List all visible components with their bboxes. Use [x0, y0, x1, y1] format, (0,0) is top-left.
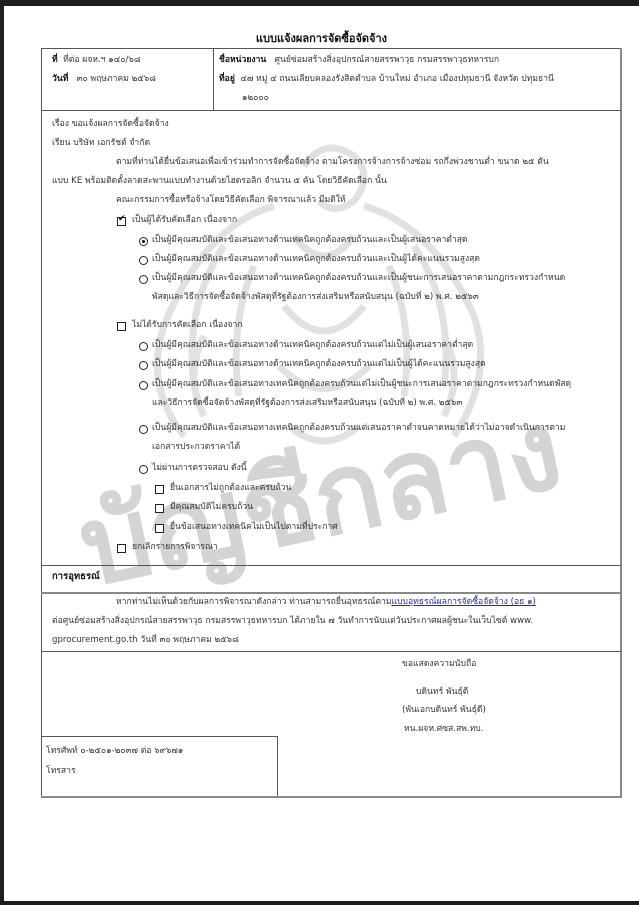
date-value: ๓๐ พฤษภาคม ๒๕๖๘ — [77, 74, 156, 84]
sub-option-3-text: ยื่นข้อเสนอทางเทคนิคไม่เป็นไปตามที่ประกา… — [170, 521, 338, 533]
signature-position: หน.ผจห.ศซส.สพ.ทบ. — [404, 723, 484, 735]
subject: เรื่อง ขอแจ้งผลการจัดซื้อจัดจ้าง — [52, 118, 169, 130]
body-line-2: แบบ KE พร้อมติดตั้งลาดสะพานแบบทำงานด้วยไ… — [52, 175, 387, 187]
address-line2: ๑๒๐๐๐ — [242, 92, 269, 104]
selected-checkbox[interactable] — [117, 217, 126, 226]
not-selected-option-1-text: เป็นผู้มีคุณสมบัติและข้อเสนอทางด้านเทคนิ… — [152, 339, 473, 351]
not-selected-option-4-text-cont: เอกสารประกวดราคาได้ — [152, 441, 240, 453]
not-selected-option-3-text: เป็นผู้มีคุณสมบัติและข้อเสนอทางเทคนิคถูก… — [152, 378, 571, 390]
sub-option-1-checkbox[interactable] — [155, 485, 164, 494]
signature-full-name: (พันเอกบดินทร์ พันธุ์ดี) — [402, 704, 486, 716]
not-selected-label: ไม่ได้รับการคัดเลือก เนื่องจาก — [132, 319, 242, 331]
document-page: บัญชีกลาง แบบแจ้งผลการจัดซื้อจัดจ้าง ที่… — [4, 6, 639, 901]
divider — [620, 48, 622, 798]
agency-value: ศูนย์ซ่อมสร้างสิ่งอุปกรณ์สายสรรพาวุธ กรม… — [275, 55, 500, 65]
not-selected-checkbox[interactable] — [117, 322, 126, 331]
not-selected-option-1-radio[interactable] — [139, 342, 148, 351]
divider — [41, 48, 42, 798]
cancel-checkbox[interactable] — [117, 544, 126, 553]
sub-option-3-checkbox[interactable] — [155, 524, 164, 533]
selected-option-1-text: เป็นผู้มีคุณสมบัติและข้อเสนอทางด้านเทคนิ… — [152, 234, 468, 246]
date-label: วันที่ — [52, 74, 68, 84]
selected-option-3-radio[interactable] — [139, 275, 148, 284]
selected-option-3-text-cont: พัสดุและวิธีการจัดซื้อจัดจ้างพัสดุที่รัฐ… — [152, 291, 479, 303]
body-line-3: คณะกรรมการซื้อหรือจ้างโดยวิธีคัดเลือก พิ… — [116, 194, 346, 206]
signature-closing: ขอแสดงความนับถือ — [402, 658, 476, 670]
sub-option-2-text: มีคุณสมบัติไม่ครบถ้วน — [170, 501, 253, 513]
selected-label: เป็นผู้ได้รับคัดเลือก เนื่องจาก — [132, 214, 237, 226]
contact-fax: โทรสาร — [46, 765, 76, 777]
appeal-heading: การอุทธรณ์ — [52, 571, 100, 583]
selected-option-1-radio[interactable] — [139, 237, 148, 246]
appeal-line-2: ต่อศูนย์ซ่อมสร้างสิ่งอุปกรณ์สายสรรพาวุธ … — [52, 615, 533, 627]
address-label: ที่อยู่ — [219, 74, 235, 84]
divider — [277, 736, 278, 798]
divider — [41, 592, 621, 594]
not-selected-option-2-text: เป็นผู้มีคุณสมบัติและข้อเสนอทางด้านเทคนิ… — [152, 358, 486, 370]
divider — [41, 110, 621, 111]
not-selected-option-5-radio[interactable] — [139, 465, 148, 474]
selected-option-2-text: เป็นผู้มีคุณสมบัติและข้อเสนอทางด้านเทคนิ… — [152, 253, 480, 265]
not-selected-option-2-radio[interactable] — [139, 361, 148, 370]
cancel-label: ยกเลิกรายการพิจารณา — [132, 541, 218, 553]
selected-option-2-radio[interactable] — [139, 256, 148, 265]
not-selected-option-4-radio[interactable] — [139, 425, 148, 434]
ref-value: ที่ต่อ ผจห.ฯ ๑๔๐/๖๘ — [63, 55, 140, 65]
address-line1: ๔๗ หมู่ ๔ ถนนเลียบคลองรังสิตตำบล บ้านใหม… — [240, 74, 554, 84]
divider — [41, 48, 621, 49]
sub-option-2-checkbox[interactable] — [155, 504, 164, 513]
watermark-text: บัญชีกลาง — [69, 385, 573, 614]
divider — [41, 565, 621, 566]
agency-label: ชื่อหน่วยงาน — [219, 55, 266, 65]
contact-phone: โทรศัพท์ ๐-๒๕๐๑-๒๐๓๗ ต่อ ๖๙๖๗๑ — [46, 745, 183, 757]
signature-name: บดินทร์ พันธุ์ดี — [416, 686, 468, 698]
body-line-1: ตามที่ท่านได้ยื่นข้อเสนอเพื่อเข้าร่วมทำก… — [116, 156, 549, 168]
not-selected-option-3-radio[interactable] — [139, 381, 148, 390]
ref-label: ที่ — [52, 55, 58, 65]
recipient: เรียน บริษัท เอกรัชต์ จำกัด — [52, 137, 150, 149]
page-title: แบบแจ้งผลการจัดซื้อจัดจ้าง — [4, 29, 639, 47]
divider — [41, 736, 278, 737]
sub-option-1-text: ยื่นเอกสารไม่ถูกต้องและครบถ้วน — [170, 482, 291, 494]
not-selected-option-5-text: ไม่ผ่านการตรวจสอบ ดังนี้ — [152, 462, 247, 474]
divider — [213, 48, 214, 110]
divider — [41, 796, 622, 798]
appeal-line-3: gprocurement.go.th วันที่ ๓๐ พฤษภาคม ๒๕๖… — [52, 634, 239, 646]
not-selected-option-3-text-cont: และวิธีการจัดซื้อจัดจ้างพัสดุที่รัฐต้องก… — [152, 397, 462, 409]
appeal-line-1: หากท่านไม่เห็นด้วยกับผลการพิจารณาดังกล่า… — [116, 597, 392, 607]
not-selected-option-4-text: เป็นผู้มีคุณสมบัติและข้อเสนอทางเทคนิคถูก… — [152, 422, 565, 434]
appeal-form-link[interactable]: แบบอุทธรณ์ผลการจัดซื้อจัดจ้าง (อธ ๑) — [392, 597, 536, 607]
selected-option-3-text: เป็นผู้มีคุณสมบัติและข้อเสนอทางด้านเทคนิ… — [152, 272, 565, 284]
divider — [41, 651, 621, 652]
